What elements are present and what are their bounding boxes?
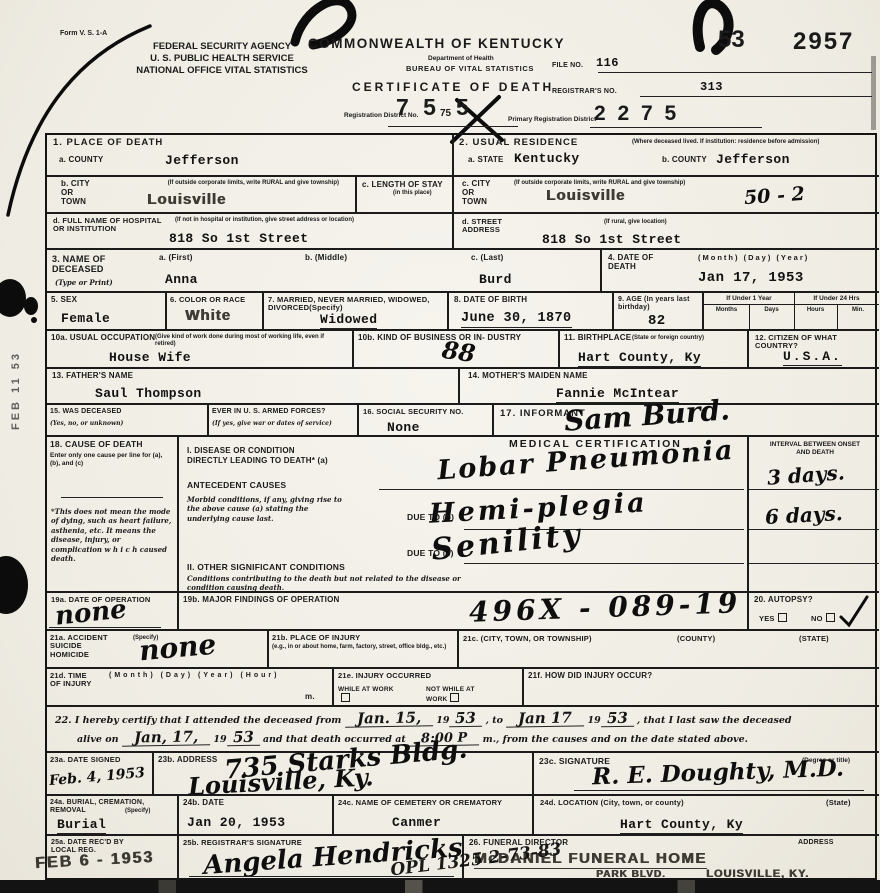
box-date-of-death: 4. DATE OF DEATH (Month) (Day) (Year) Ja… xyxy=(602,250,879,293)
certificate-form: 1. PLACE OF DEATH a. COUNTY Jefferson 2.… xyxy=(45,133,877,880)
date-signed-label: 23a. DATE SIGNED xyxy=(50,756,121,764)
funeral-home-street-stamp: PARK BLVD. xyxy=(596,869,666,880)
time-of-injury-cols: (Month) (Day) (Year) (Hour) xyxy=(109,672,279,680)
cause-note-1: Enter only one cause per line for (a), (… xyxy=(50,452,172,468)
ssn-label: 16. SOCIAL SECURITY NO. xyxy=(363,408,489,416)
certify-line-1: 22. I hereby certify that I attended the… xyxy=(55,711,792,727)
reg-district-small: 75 xyxy=(440,108,451,119)
burial-note: (Specify) xyxy=(125,808,150,815)
months-label: Months xyxy=(704,307,749,314)
box-city-of-death: b. CITY OR TOWN (If outside corporate li… xyxy=(47,177,357,214)
certify-from-date: Jan. 15, xyxy=(345,710,434,728)
interval-header: INTERVAL BETWEEN ONSET AND DEATH xyxy=(763,441,867,457)
birthplace-value: Hart County, Ky xyxy=(578,350,701,367)
cause-note-divider xyxy=(61,497,163,498)
place-of-injury-note: (e.g., in or about home, farm, factory, … xyxy=(272,644,452,651)
box-major-findings: 19b. MAJOR FINDINGS OF OPERATION 496X - … xyxy=(179,593,749,631)
box-color-race: 6. COLOR OR RACE White xyxy=(167,293,264,331)
age-col-line-2 xyxy=(794,293,795,331)
not-while-at-work-checkbox xyxy=(450,693,459,702)
injury-occurred-label: 21e. INJURY OCCURRED xyxy=(338,672,431,680)
box-injury-occurred: 21e. INJURY OCCURRED WHILE AT WORK NOT W… xyxy=(334,669,524,707)
funeral-address-label: ADDRESS xyxy=(798,839,834,847)
reg-district-line xyxy=(388,126,518,127)
birthplace-label: 11. BIRTHPLACE xyxy=(564,334,631,343)
date-signed-handwritten: Feb. 4, 1953 xyxy=(48,765,145,789)
form-number: Form V. S. 1-A xyxy=(60,30,107,37)
box-sex: 5. SEX Female xyxy=(47,293,167,331)
major-findings-label: 19b. MAJOR FINDINGS OF OPERATION xyxy=(183,596,340,605)
while-at-work: WHILE AT WORK xyxy=(338,686,400,704)
other-conditions-note: Conditions contributing to the death but… xyxy=(187,574,487,592)
county-label: a. COUNTY xyxy=(59,156,103,165)
usual-residence-note: (Where deceased lived. If institution: r… xyxy=(632,139,872,146)
length-of-stay-note: (in this place) xyxy=(393,190,432,197)
box-ssn: 16. SOCIAL SECURITY NO. None xyxy=(359,405,494,437)
cemetery-value: Canmer xyxy=(392,815,441,830)
usual-residence-title: 2. USUAL RESIDENCE xyxy=(459,138,578,149)
certify-text-2: , to xyxy=(486,715,503,726)
burial-date-label: 24b. DATE xyxy=(183,799,224,808)
certify-year-hw-2: 53 xyxy=(601,711,634,728)
file-stamp-53: 53 xyxy=(718,26,745,54)
city-label: b. CITY OR TOWN xyxy=(61,180,95,207)
certify-year-print-1: 19 xyxy=(436,715,449,726)
city-stamp: Louisville xyxy=(147,191,226,208)
name-title: 3. NAME OF DECEASED xyxy=(52,254,144,274)
dob-label: 8. DATE OF BIRTH xyxy=(454,296,527,305)
cemetery-label: 24c. NAME OF CEMETERY OR CREMATORY xyxy=(338,799,502,807)
occupation-note: (Give kind of work done during most of w… xyxy=(155,334,345,348)
certify-text-4: alive on xyxy=(77,734,119,745)
primary-district-value: 2 2 7 5 xyxy=(594,102,679,126)
certificate-title: CERTIFICATE OF DEATH xyxy=(352,80,554,94)
box-injury-location: 21c. (CITY, TOWN, OR TOWNSHIP) (COUNTY) … xyxy=(459,631,879,669)
disease-label-2: DIRECTLY LEADING TO DEATH* (a) xyxy=(187,457,328,466)
burial-location-label: 24d. LOCATION (City, town, or county) xyxy=(540,799,684,807)
first-name-value: Anna xyxy=(165,272,198,287)
box-burial: 24a. BURIAL, CREMATION, REMOVAL (Specify… xyxy=(47,796,179,836)
box-medical-certification: MEDICAL CERTIFICATION I. DISEASE OR COND… xyxy=(179,437,749,593)
cause-c-line xyxy=(464,563,744,564)
box-street-address: d. STREET ADDRESS (If rural, give locati… xyxy=(454,214,879,250)
box-occupation: 10a. USUAL OCCUPATION (Give kind of work… xyxy=(47,331,354,369)
primary-district-label: Primary Registration District xyxy=(508,116,596,124)
agency-line-3: NATIONAL OFFICE VITAL STATISTICS xyxy=(52,65,392,77)
box-marital-status: 7. MARRIED, NEVER MARRIED, WIDOWED, DIVO… xyxy=(264,293,449,331)
box-usual-residence: 2. USUAL RESIDENCE (Where deceased lived… xyxy=(454,135,879,177)
age-subgrid-divider xyxy=(704,304,879,305)
primary-district-line xyxy=(590,127,762,128)
citizen-value: U.S.A. xyxy=(783,349,842,366)
certify-text-1: 22. I hereby certify that I attended the… xyxy=(55,715,341,726)
registrar-no-value: 313 xyxy=(700,80,723,94)
autopsy-label: 20. AUTOPSY? xyxy=(754,596,813,605)
age-label: 9. AGE (In years last birthday) xyxy=(618,296,698,312)
burial-location-state-label: (State) xyxy=(826,799,851,807)
box-physician-signature: 23c. SIGNATURE (Degree or title) R. E. D… xyxy=(534,753,879,796)
certify-alive-date: Jan, 17, xyxy=(122,729,211,747)
length-of-stay-label: c. LENGTH OF STAY xyxy=(362,181,448,190)
bureau-title: BUREAU OF VITAL STATISTICS xyxy=(406,64,534,73)
signature-line xyxy=(574,790,864,791)
physician-address-label: 23b. ADDRESS xyxy=(158,756,217,765)
sex-label: 5. SEX xyxy=(51,296,77,305)
box-burial-location: 24d. LOCATION (City, town, or county) (S… xyxy=(534,796,879,836)
box-date-of-birth: 8. DATE OF BIRTH June 30, 1870 xyxy=(449,293,614,331)
autopsy-yes: YES xyxy=(759,613,787,623)
street-address-label: d. STREET ADDRESS xyxy=(462,218,512,235)
marital-value: Widowed xyxy=(320,312,377,329)
file-stamp-2957: 2957 xyxy=(793,28,854,56)
registrar-no-line xyxy=(640,96,872,97)
box-time-of-injury: 21d. TIME OF INJURY (Month) (Day) (Year)… xyxy=(47,669,334,707)
autopsy-no-checkmark xyxy=(835,593,871,629)
cause-a-line xyxy=(379,489,744,490)
not-while-at-work: NOT WHILE AT WORK xyxy=(426,686,496,704)
box-cemetery: 24c. NAME OF CEMETERY OR CREMATORY Canme… xyxy=(334,796,534,836)
certify-year-print-2: 19 xyxy=(587,715,600,726)
mother-label: 14. MOTHER'S MAIDEN NAME xyxy=(468,372,588,381)
father-value: Saul Thompson xyxy=(95,386,202,401)
file-no-value: 116 xyxy=(596,56,619,70)
residence-county-value: Jefferson xyxy=(716,152,790,167)
box-age-subgrid: If Under 1 Year If Under 24 Hrs Months D… xyxy=(704,293,879,331)
box-armed-forces: EVER IN U. S. ARMED FORCES? (If yes, giv… xyxy=(209,405,359,437)
margin-date-stamp: FEB 11 53 xyxy=(10,351,22,430)
place-of-injury-label: 21b. PLACE OF INJURY xyxy=(272,634,360,642)
funeral-home-city-stamp: LOUISVILLE, KY. xyxy=(706,868,809,880)
color-race-stamp: White xyxy=(185,307,231,324)
operation-date-line xyxy=(49,627,161,628)
burial-value: Burial xyxy=(57,817,106,834)
city-note: (If outside corporate limits, write RURA… xyxy=(109,180,339,187)
how-injury-occurred-label: 21f. HOW DID INJURY OCCUR? xyxy=(528,672,652,681)
file-no-label: FILE NO. xyxy=(552,62,583,70)
physician-signature-hw: R. E. Doughty, M.D. xyxy=(592,755,845,791)
residence-address-value: 818 So 1st Street xyxy=(542,232,681,247)
place-of-death-title: 1. PLACE OF DEATH xyxy=(53,138,163,149)
age-col-line-3 xyxy=(837,304,838,331)
residence-city-stamp: Louisville xyxy=(546,187,625,204)
box-place-of-death: 1. PLACE OF DEATH a. COUNTY Jefferson xyxy=(47,135,454,177)
reg-district-value-2: 5 xyxy=(456,94,469,121)
box-name-of-deceased: 3. NAME OF DECEASED (Type or Print) a. (… xyxy=(47,250,602,293)
box-date-of-operation: 19a. DATE OF OPERATION none xyxy=(47,593,179,631)
last-name-value: Burd xyxy=(479,272,512,287)
under-1-year-header: If Under 1 Year xyxy=(704,295,794,303)
box-autopsy: 20. AUTOPSY? YES NO xyxy=(749,593,879,631)
accident-handwritten: none xyxy=(138,628,218,668)
ssn-value: None xyxy=(387,420,420,435)
morbid-note: Morbid conditions, if any, giving rise t… xyxy=(187,495,347,523)
was-deceased-note: (Yes, no, or unknown) xyxy=(50,420,123,427)
certify-year-print-3: 19 xyxy=(213,734,226,745)
autopsy-no-label: NO xyxy=(811,614,823,623)
major-findings-handwritten: 496X - 089-19 xyxy=(469,586,742,628)
name-subtitle: (Type or Print) xyxy=(55,279,113,287)
under-24h-header: If Under 24 Hrs xyxy=(794,295,879,303)
box-date-signed: 23a. DATE SIGNED Feb. 4, 1953 xyxy=(47,753,154,796)
autopsy-yes-checkbox xyxy=(778,613,787,622)
hospital-note: (If not in hospital or institution, give… xyxy=(175,217,435,224)
box-cause-of-death-note: 18. CAUSE OF DEATH Enter only one cause … xyxy=(47,437,179,593)
certify-year-hw-1: 53 xyxy=(449,711,482,728)
box-father-name: 13. FATHER'S NAME Saul Thompson xyxy=(47,369,460,405)
box-place-of-injury: 21b. PLACE OF INJURY (e.g., in or about … xyxy=(269,631,459,669)
armed-forces-label: EVER IN U. S. ARMED FORCES? xyxy=(212,408,354,416)
industry-handwritten: 88 xyxy=(440,335,477,368)
father-label: 13. FATHER'S NAME xyxy=(52,372,133,381)
box-industry: 10b. KIND OF BUSINESS OR IN- DUSTRY 88 xyxy=(354,331,560,369)
age-value: 82 xyxy=(648,313,666,329)
box-burial-date: 24b. DATE Jan 20, 1953 xyxy=(179,796,334,836)
injury-state-label: (STATE) xyxy=(799,635,829,643)
box-was-deceased: 15. WAS DECEASED (Yes, no, or unknown) xyxy=(47,405,209,437)
marital-label: 7. MARRIED, NEVER MARRIED, WIDOWED, DIVO… xyxy=(268,296,444,313)
autopsy-yes-label: YES xyxy=(759,614,775,623)
box-date-received: 25a. DATE REC'D BY LOCAL REG. FEB 6 - 19… xyxy=(47,836,179,882)
box-birthplace: 11. BIRTHPLACE (State or foreign country… xyxy=(560,331,749,369)
interval-a-handwritten: 3 days. xyxy=(766,460,845,489)
file-no-line xyxy=(598,72,872,73)
commonwealth-title: COMMONWEALTH OF KENTUCKY xyxy=(308,36,565,51)
box-physician-address: 23b. ADDRESS 735 Starks Bldg. Louisville… xyxy=(154,753,534,796)
min-label: Min. xyxy=(837,307,879,314)
middle-name-label: b. (Middle) xyxy=(305,254,347,263)
reg-district-value: 7 5 xyxy=(396,94,440,121)
while-at-work-checkbox xyxy=(341,693,350,702)
death-address-value: 818 So 1st Street xyxy=(169,231,308,246)
box-length-of-stay: c. LENGTH OF STAY (in this place) xyxy=(357,177,454,214)
occupation-label: 10a. USUAL OCCUPATION xyxy=(51,334,155,343)
street-address-note: (If rural, give location) xyxy=(604,219,667,226)
cause-note-2: *This does not mean the mode of dying, s… xyxy=(51,507,173,564)
age-col-line-1 xyxy=(749,304,750,331)
while-at-work-label: WHILE AT WORK xyxy=(338,686,394,693)
date-of-death-label: 4. DATE OF DEATH xyxy=(608,254,654,272)
birthplace-note: (State or foreign country) xyxy=(632,335,704,342)
interval-b-line xyxy=(749,529,879,530)
box-age: 9. AGE (In years last birthday) 82 xyxy=(614,293,704,331)
autopsy-no-checkbox xyxy=(826,613,835,622)
date-of-death-cols: (Month) (Day) (Year) xyxy=(698,254,809,262)
other-conditions-label: II. OTHER SIGNIFICANT CONDITIONS xyxy=(187,563,345,573)
injury-city-label: 21c. (CITY, TOWN, OR TOWNSHIP) xyxy=(463,635,592,643)
box-informant: 17. INFORMANT Sam Burd. xyxy=(494,405,879,437)
hospital-label: d. FULL NAME OF HOSPITAL OR INSTITUTION xyxy=(53,217,171,234)
antecedent-causes-label: ANTECEDENT CAUSES xyxy=(187,481,286,491)
box-accident: 21a. ACCIDENT SUICIDE HOMICIDE (Specify)… xyxy=(47,631,269,669)
box-citizen: 12. CITIZEN OF WHAT COUNTRY? U.S.A. xyxy=(749,331,879,369)
armed-forces-note: (If yes, give war or dates of service) xyxy=(212,420,354,427)
autopsy-no: NO xyxy=(811,613,835,623)
scan-bottom-edge xyxy=(0,880,880,893)
time-of-injury-m: m. xyxy=(305,693,315,702)
certify-year-hw-3: 53 xyxy=(226,730,259,747)
box-how-injury-occurred: 21f. HOW DID INJURY OCCUR? xyxy=(524,669,879,707)
registrar-no-label: REGISTRAR'S NO. xyxy=(552,88,617,96)
injury-county-label: (COUNTY) xyxy=(677,635,715,643)
dept-of-health: Department of Health xyxy=(428,55,494,62)
county-value: Jefferson xyxy=(165,153,239,168)
agency-line-2: U. S. PUBLIC HEALTH SERVICE xyxy=(52,53,392,65)
hours-label: Hours xyxy=(794,307,837,314)
death-certificate-scan: Form V. S. 1-A FEDERAL SECURITY AGENCY U… xyxy=(0,0,880,893)
interval-b-handwritten: 6 days. xyxy=(764,501,843,529)
burial-location-value: Hart County, Ky xyxy=(620,817,743,834)
color-race-label: 6. COLOR OR RACE xyxy=(170,296,245,304)
occupation-value: House Wife xyxy=(109,350,191,365)
residence-county-label: b. COUNTY xyxy=(662,156,707,165)
disease-label-1: I. DISEASE OR CONDITION xyxy=(187,447,295,456)
dob-value: June 30, 1870 xyxy=(461,311,572,328)
box-residence-city: c. CITY OR TOWN (If outside corporate li… xyxy=(454,177,879,214)
state-value: Kentucky xyxy=(514,151,580,166)
cause-of-death-title: 18. CAUSE OF DEATH xyxy=(50,440,143,450)
accident-label: 21a. ACCIDENT SUICIDE HOMICIDE xyxy=(50,634,122,659)
first-name-label: a. (First) xyxy=(159,254,193,263)
days-label: Days xyxy=(749,307,794,314)
certify-to-date: Jan 17 xyxy=(506,710,584,727)
was-deceased-label: 15. WAS DECEASED xyxy=(50,408,122,416)
burial-date-value: Jan 20, 1953 xyxy=(187,815,285,830)
interval-c-line xyxy=(749,563,879,564)
state-label: a. STATE xyxy=(468,156,504,165)
date-of-death-value: Jan 17, 1953 xyxy=(698,270,804,286)
time-of-injury-label: 21d. TIME OF INJURY xyxy=(50,672,96,689)
residence-district-handwritten: 50 - 2 xyxy=(743,183,805,209)
box-hospital-name: d. FULL NAME OF HOSPITAL OR INSTITUTION … xyxy=(47,214,454,250)
box-interval: INTERVAL BETWEEN ONSET AND DEATH 3 days.… xyxy=(749,437,879,593)
interval-a-line xyxy=(749,489,879,490)
sex-value: Female xyxy=(61,311,110,326)
certify-text-6: m., from the causes and on the date stat… xyxy=(483,734,748,745)
residence-city-label: c. CITY OR TOWN xyxy=(462,180,498,207)
certify-text-3: , that I last saw the deceased xyxy=(637,715,792,726)
last-name-label: c. (Last) xyxy=(471,254,503,263)
